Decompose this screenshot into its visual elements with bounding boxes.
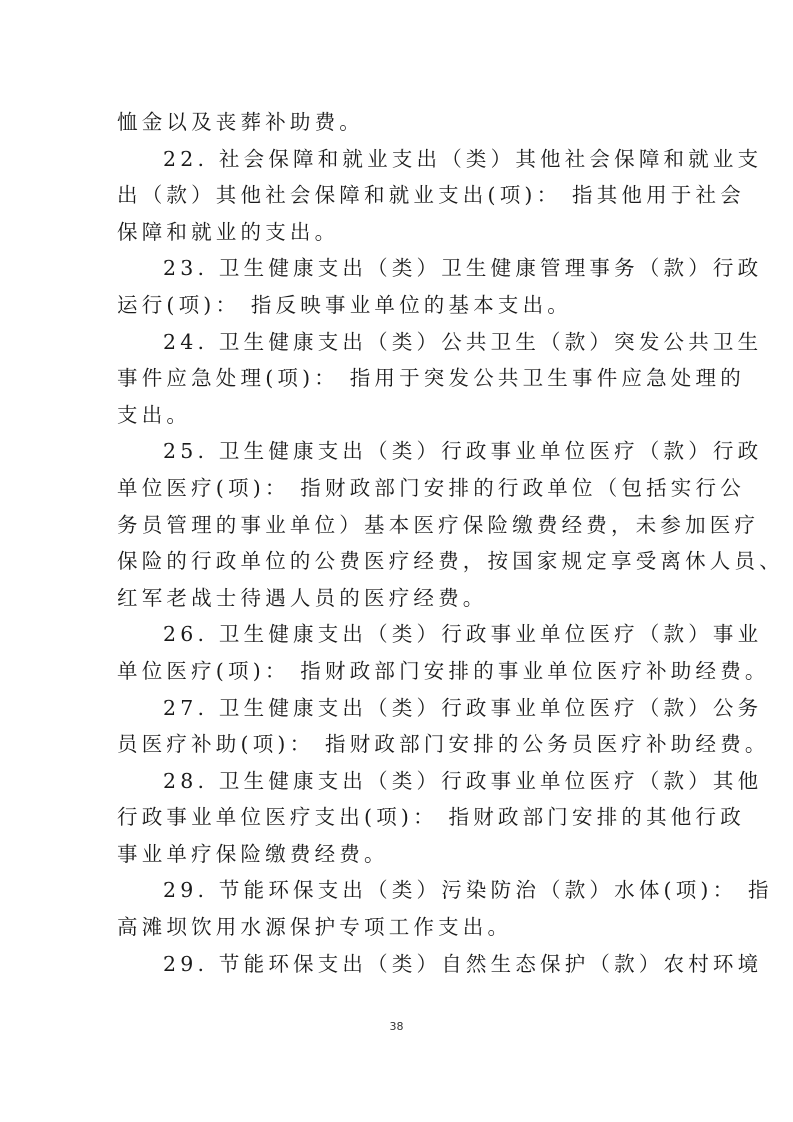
text-line: 行政事业单位医疗支出(项)： 指财政部门安排的其他行政 [117,799,682,836]
text-line: 运行(项)： 指反映事业单位的基本支出。 [117,287,682,324]
text-line: 支出。 [117,397,682,434]
text-line: 单位医疗(项)： 指财政部门安排的事业单位医疗补助经费。 [117,653,682,690]
page-number: 38 [0,1020,793,1033]
text-line: 务员管理的事业单位）基本医疗保险缴费经费，未参加医疗 [117,507,682,544]
text-line: 事业单疗保险缴费经费。 [117,836,682,873]
paragraph-first-line: 26. 卫生健康支出（类）行政事业单位医疗（款）事业 [117,616,682,653]
text-line: 保障和就业的支出。 [117,214,682,251]
text-line: 红军老战士待遇人员的医疗经费。 [117,580,682,617]
text-line: 保险的行政单位的公费医疗经费，按国家规定享受离休人员、 [117,543,682,580]
text-line: 恤金以及丧葬补助费。 [117,104,682,141]
text-line: 事件应急处理(项)： 指用于突发公共卫生事件应急处理的 [117,360,682,397]
body-text: 恤金以及丧葬补助费。22. 社会保障和就业支出（类）其他社会保障和就业支出（款）… [117,104,682,982]
text-line: 员医疗补助(项)： 指财政部门安排的公务员医疗补助经费。 [117,726,682,763]
paragraph-first-line: 27. 卫生健康支出（类）行政事业单位医疗（款）公务 [117,690,682,727]
document-page: 恤金以及丧葬补助费。22. 社会保障和就业支出（类）其他社会保障和就业支出（款）… [0,0,793,1122]
text-line: 出（款）其他社会保障和就业支出(项)： 指其他用于社会 [117,177,682,214]
paragraph-first-line: 29. 节能环保支出（类）污染防治（款）水体(项)： 指 [117,872,682,909]
text-line: 单位医疗(项)： 指财政部门安排的行政单位（包括实行公 [117,470,682,507]
paragraph-first-line: 22. 社会保障和就业支出（类）其他社会保障和就业支 [117,141,682,178]
paragraph-first-line: 23. 卫生健康支出（类）卫生健康管理事务（款）行政 [117,250,682,287]
paragraph-first-line: 29. 节能环保支出（类）自然生态保护（款）农村环境 [117,946,682,983]
paragraph-first-line: 24. 卫生健康支出（类）公共卫生（款）突发公共卫生 [117,324,682,361]
text-line: 高滩坝饮用水源保护专项工作支出。 [117,909,682,946]
paragraph-first-line: 28. 卫生健康支出（类）行政事业单位医疗（款）其他 [117,763,682,800]
paragraph-first-line: 25. 卫生健康支出（类）行政事业单位医疗（款）行政 [117,433,682,470]
